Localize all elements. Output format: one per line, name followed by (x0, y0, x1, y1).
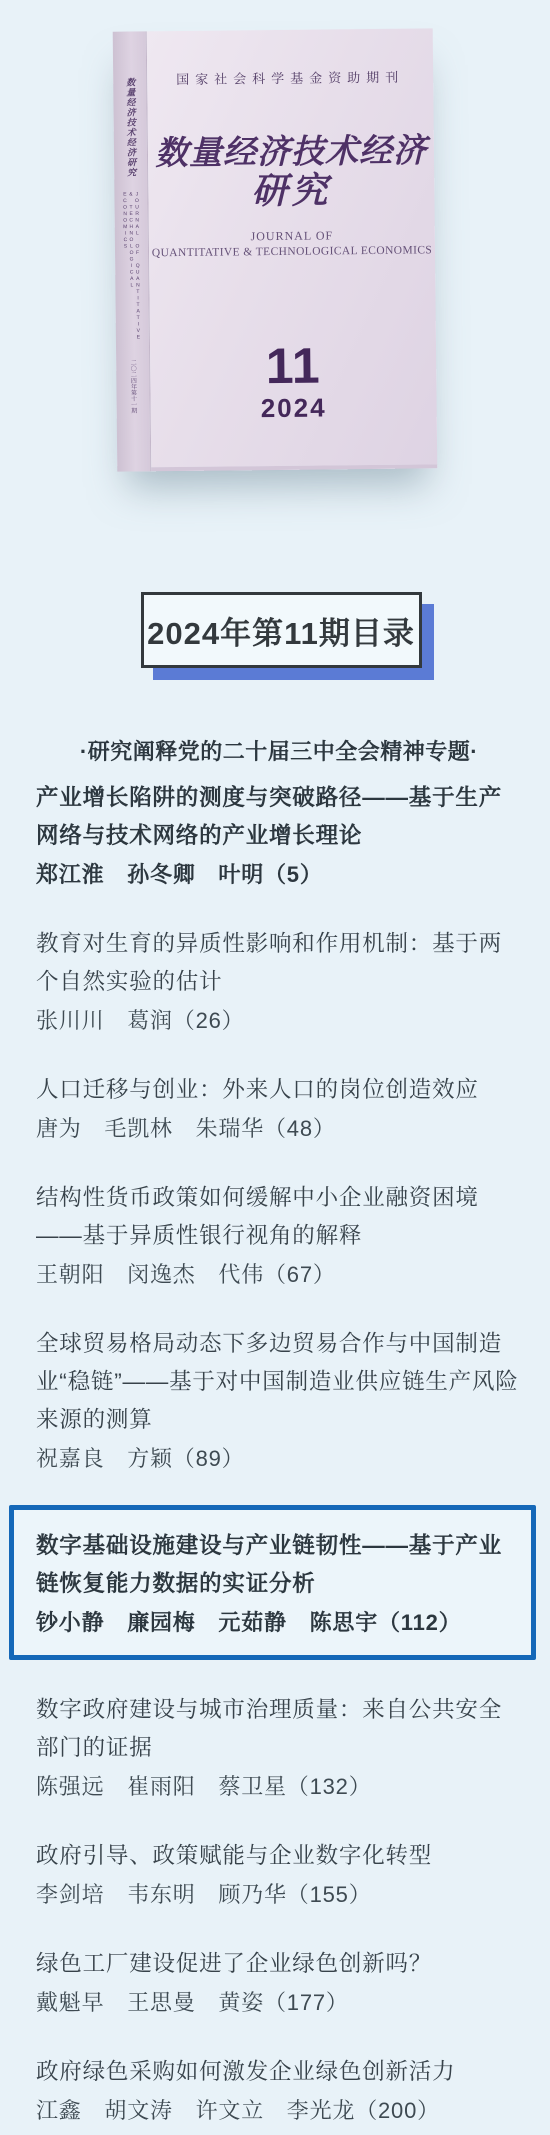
article-title: 数字基础设施建设与产业链韧性——基于产业链恢复能力数据的实证分析 (36, 1527, 517, 1603)
journal-title-en-line2: QUANTITATIVE & TECHNOLOGICAL ECONOMICS (152, 243, 433, 261)
toc-entry: 结构性货币政策如何缓解中小企业融资困境——基于异质性银行视角的解释 王朝阳 闵逸… (36, 1179, 522, 1294)
article-authors-pages: 唐为 毛凯林 朱瑞华（48） (36, 1110, 522, 1148)
article-title: 绿色工厂建设促进了企业绿色创新吗？ (36, 1945, 522, 1983)
article-authors-pages: 郑江淮 孙冬卿 叶明（5） (36, 856, 522, 894)
toc-entry: 产业增长陷阱的测度与突破路径——基于生产网络与技术网络的产业增长理论 郑江淮 孙… (36, 779, 522, 894)
toc-entry: 教育对生育的异质性影响和作用机制：基于两个自然实验的估计 张川川 葛润（26） (36, 925, 522, 1040)
article-authors-pages: 张川川 葛润（26） (36, 1002, 522, 1040)
article-title: 全球贸易格局动态下多边贸易合作与中国制造业“稳链”——基于对中国制造业供应链生产… (36, 1325, 522, 1439)
article-title: 教育对生育的异质性影响和作用机制：基于两个自然实验的估计 (36, 925, 522, 1001)
toc-entry: 人口迁移与创业：外来人口的岗位创造效应 唐为 毛凯林 朱瑞华（48） (36, 1071, 522, 1148)
article-title: 结构性货币政策如何缓解中小企业融资困境——基于异质性银行视角的解释 (36, 1179, 522, 1255)
article-authors-pages: 王朝阳 闵逸杰 代伟（67） (36, 1256, 522, 1294)
article-title: 人口迁移与创业：外来人口的岗位创造效应 (36, 1071, 522, 1109)
issue-number: 11 (260, 340, 326, 391)
article-authors-pages: 祝嘉良 方颖（89） (36, 1440, 522, 1478)
table-of-contents: ·研究阐释党的二十届三中全会精神专题· 产业增长陷阱的测度与突破路径——基于生产… (0, 668, 550, 2130)
spine-issue-label: 二〇二四年第十一期 (128, 359, 138, 413)
toc-entry: 政府绿色采购如何激发企业绿色创新活力 江鑫 胡文涛 许文立 李光龙（200） (36, 2053, 522, 2130)
issue-block: 11 2024 (260, 340, 327, 424)
toc-entry: 政府引导、政策赋能与企业数字化转型 李剑培 韦东明 顾乃华（155） (36, 1837, 522, 1914)
journal-title-chinese: 数量经济技术经济 研究 (155, 131, 428, 213)
funding-label: 国家社会科学基金资助期刊 (176, 67, 404, 88)
article-title: 政府引导、政策赋能与企业数字化转型 (36, 1837, 522, 1875)
toc-entry: 数字基础设施建设与产业链韧性——基于产业链恢复能力数据的实证分析 钞小静 廉园梅… (9, 1505, 536, 1660)
article-authors-pages: 陈强远 崔雨阳 蔡卫星（132） (36, 1768, 522, 1806)
journal-cover-book: 数量经济技术经济研究 JOURNAL OF QUANTITATIVE & TEC… (113, 28, 438, 471)
spine-english-title: JOURNAL OF QUANTITATIVE & TECHNOLOGICAL … (122, 191, 142, 341)
toc-entry: 全球贸易格局动态下多边贸易合作与中国制造业“稳链”——基于对中国制造业供应链生产… (36, 1325, 522, 1478)
journal-cover: 数量经济技术经济研究 JOURNAL OF QUANTITATIVE & TEC… (0, 0, 550, 470)
journal-title-line1: 数量经济技术经济 (155, 131, 427, 172)
toc-title-button[interactable]: 2024年第11期目录 (141, 592, 422, 668)
journal-title-english: JOURNAL OF QUANTITATIVE & TECHNOLOGICAL … (152, 227, 433, 262)
spine-title: 数量经济技术经济研究 (123, 77, 137, 177)
article-title: 政府绿色采购如何激发企业绿色创新活力 (36, 2053, 522, 2091)
article-title: 产业增长陷阱的测度与突破路径——基于生产网络与技术网络的产业增长理论 (36, 779, 522, 855)
article-title: 数字政府建设与城市治理质量：来自公共安全部门的证据 (36, 1691, 522, 1767)
special-topic-header: ·研究阐释党的二十届三中全会精神专题· (36, 734, 522, 770)
journal-title-line2: 研究 (155, 169, 427, 213)
journal-front-cover: 国家社会科学基金资助期刊 数量经济技术经济 研究 JOURNAL OF QUAN… (147, 28, 438, 471)
article-authors-pages: 李剑培 韦东明 顾乃华（155） (36, 1876, 522, 1914)
issue-year: 2024 (261, 392, 327, 424)
toc-entry: 绿色工厂建设促进了企业绿色创新吗？ 戴魁早 王思曼 黄姿（177） (36, 1945, 522, 2022)
journal-spine: 数量经济技术经济研究 JOURNAL OF QUANTITATIVE & TEC… (113, 31, 152, 471)
toc-entry: 数字政府建设与城市治理质量：来自公共安全部门的证据 陈强远 崔雨阳 蔡卫星（13… (36, 1691, 522, 1806)
toc-entry-list: 产业增长陷阱的测度与突破路径——基于生产网络与技术网络的产业增长理论 郑江淮 孙… (36, 779, 522, 2130)
article-authors-pages: 钞小静 廉园梅 元茹静 陈思宇（112） (36, 1604, 517, 1642)
article-authors-pages: 江鑫 胡文涛 许文立 李光龙（200） (36, 2092, 522, 2130)
article-authors-pages: 戴魁早 王思曼 黄姿（177） (36, 1984, 522, 2022)
